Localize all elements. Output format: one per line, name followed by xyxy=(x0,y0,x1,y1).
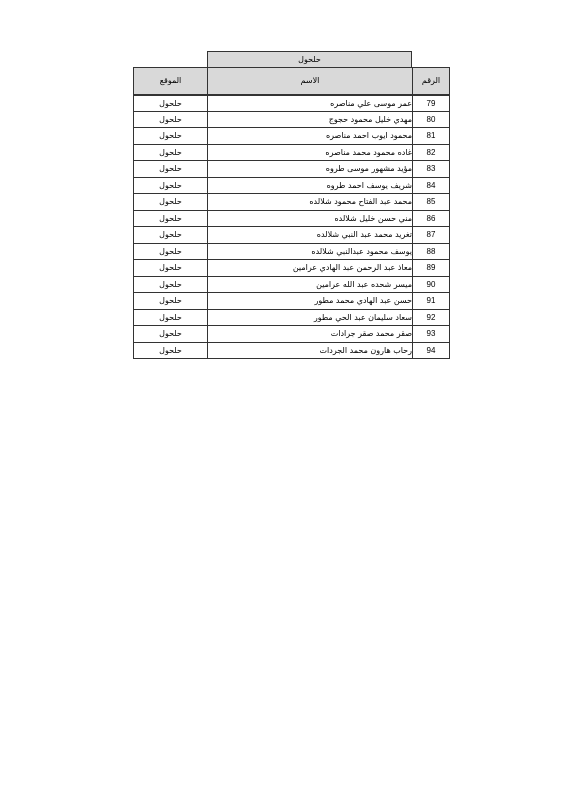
location-cell: حلحول xyxy=(134,210,208,227)
table-body: حلحولعمر موسى علي مناصره79 حلحولمهدي خلي… xyxy=(134,95,450,359)
roster-table: الموقع الاسم الرقم حلحولعمر موسى علي منا… xyxy=(133,67,450,359)
number-cell: 81 xyxy=(413,128,450,145)
table-row: حلحولمحمد عبد الفتاح محمود شلالده85 xyxy=(134,194,450,211)
name-cell: مؤيد مشهور موسى طروه xyxy=(208,161,413,178)
name-cell: تغريد محمد عبد النبي شلالده xyxy=(208,227,413,244)
column-header-name: الاسم xyxy=(208,68,413,95)
table-row: حلحولحسن عبد الهادي محمد مطور91 xyxy=(134,293,450,310)
name-cell: غاده محمود محمد مناصره xyxy=(208,144,413,161)
name-cell: محمد عبد الفتاح محمود شلالده xyxy=(208,194,413,211)
table-row: حلحولمؤيد مشهور موسى طروه83 xyxy=(134,161,450,178)
location-cell: حلحول xyxy=(134,309,208,326)
location-cell: حلحول xyxy=(134,276,208,293)
table-row: حلحولشريف يوسف احمد طروه84 xyxy=(134,177,450,194)
name-cell: مني حسن خليل شلالده xyxy=(208,210,413,227)
name-cell: مهدي خليل محمود حجوج xyxy=(208,111,413,128)
number-cell: 93 xyxy=(413,326,450,343)
location-cell: حلحول xyxy=(134,227,208,244)
name-cell: يوسف محمود عبدالنبي شلالده xyxy=(208,243,413,260)
table-row: حلحوليوسف محمود عبدالنبي شلالده88 xyxy=(134,243,450,260)
table-row: حلحولميسر شحده عبد الله عرامين90 xyxy=(134,276,450,293)
name-cell: شريف يوسف احمد طروه xyxy=(208,177,413,194)
table-row: حلحولمني حسن خليل شلالده86 xyxy=(134,210,450,227)
number-cell: 94 xyxy=(413,342,450,359)
location-cell: حلحول xyxy=(134,342,208,359)
location-cell: حلحول xyxy=(134,95,208,112)
number-cell: 79 xyxy=(413,95,450,112)
number-cell: 83 xyxy=(413,161,450,178)
location-cell: حلحول xyxy=(134,161,208,178)
name-cell: صقر محمد صقر جرادات xyxy=(208,326,413,343)
name-cell: عمر موسى علي مناصره xyxy=(208,95,413,112)
table-row: حلحولصقر محمد صقر جرادات93 xyxy=(134,326,450,343)
name-cell: محمود ايوب احمد مناصره xyxy=(208,128,413,145)
table-row: حلحولمحمود ايوب احمد مناصره81 xyxy=(134,128,450,145)
number-cell: 84 xyxy=(413,177,450,194)
number-cell: 82 xyxy=(413,144,450,161)
number-cell: 89 xyxy=(413,260,450,277)
name-cell: رحاب هارون محمد الجردات xyxy=(208,342,413,359)
name-cell: ميسر شحده عبد الله عرامين xyxy=(208,276,413,293)
number-cell: 80 xyxy=(413,111,450,128)
location-cell: حلحول xyxy=(134,177,208,194)
location-cell: حلحول xyxy=(134,128,208,145)
location-cell: حلحول xyxy=(134,144,208,161)
table-row: حلحولعمر موسى علي مناصره79 xyxy=(134,95,450,112)
table-row: حلحولمهدي خليل محمود حجوج80 xyxy=(134,111,450,128)
table-row: حلحولرحاب هارون محمد الجردات94 xyxy=(134,342,450,359)
table-row: حلحولتغريد محمد عبد النبي شلالده87 xyxy=(134,227,450,244)
location-cell: حلحول xyxy=(134,111,208,128)
table-row: حلحولمعاذ عبد الرحمن عبد الهادي عرامين89 xyxy=(134,260,450,277)
name-cell: سعاد سليمان عبد الحي مطور xyxy=(208,309,413,326)
number-cell: 86 xyxy=(413,210,450,227)
name-cell: حسن عبد الهادي محمد مطور xyxy=(208,293,413,310)
group-header-town: حلحول xyxy=(207,51,412,67)
name-cell: معاذ عبد الرحمن عبد الهادي عرامين xyxy=(208,260,413,277)
column-header-number: الرقم xyxy=(413,68,450,95)
number-cell: 90 xyxy=(413,276,450,293)
location-cell: حلحول xyxy=(134,326,208,343)
number-cell: 88 xyxy=(413,243,450,260)
document-page: حلحول الموقع الاسم الرقم حلحولعمر موسى ع… xyxy=(0,0,565,800)
table-row: حلحولغاده محمود محمد مناصره82 xyxy=(134,144,450,161)
table-row: حلحولسعاد سليمان عبد الحي مطور92 xyxy=(134,309,450,326)
column-header-location: الموقع xyxy=(134,68,208,95)
location-cell: حلحول xyxy=(134,293,208,310)
number-cell: 92 xyxy=(413,309,450,326)
location-cell: حلحول xyxy=(134,243,208,260)
number-cell: 91 xyxy=(413,293,450,310)
number-cell: 85 xyxy=(413,194,450,211)
location-cell: حلحول xyxy=(134,260,208,277)
table-header-row: الموقع الاسم الرقم xyxy=(134,68,450,95)
location-cell: حلحول xyxy=(134,194,208,211)
number-cell: 87 xyxy=(413,227,450,244)
